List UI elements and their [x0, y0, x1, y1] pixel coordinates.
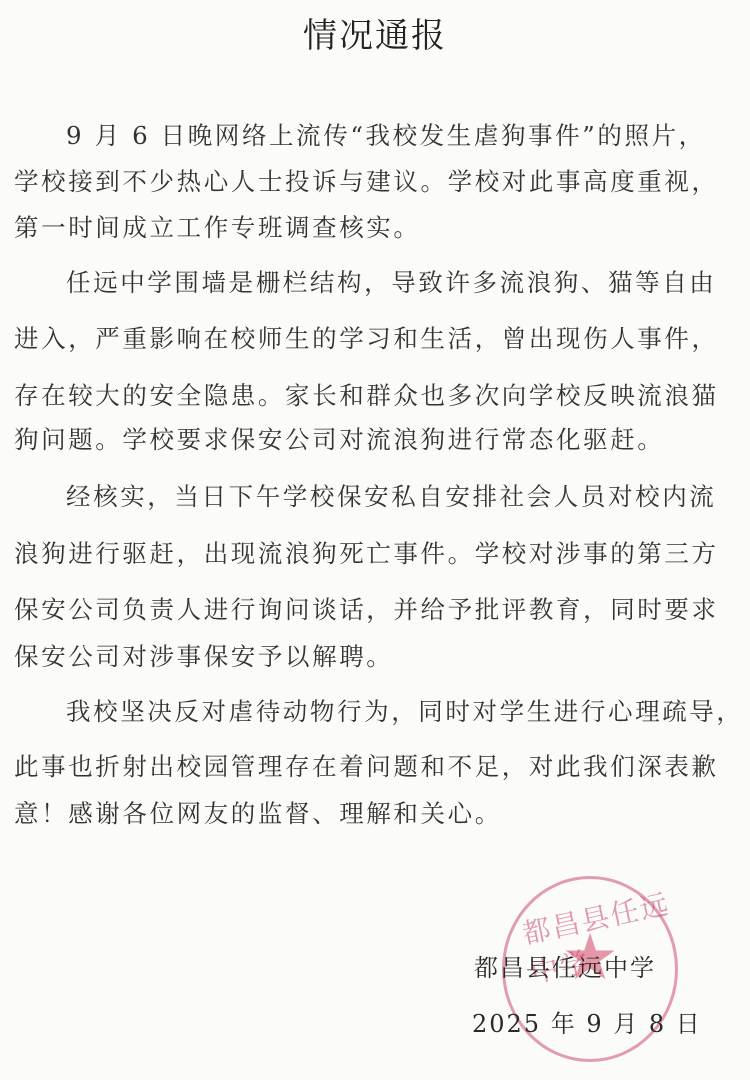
paragraph-3-line-2: 浪狗进行驱赶，出现流浪狗死亡事件。学校对涉事的第三方	[14, 535, 744, 570]
paragraph-4-line-1: 我校坚决反对虐待动物行为，同时对学生进行心理疏导，	[66, 693, 750, 728]
paragraph-2-line-2: 进入，严重影响在校师生的学习和生活，曾出现伤人事件，	[14, 320, 744, 355]
paragraph-3-line-3: 保安公司负责人进行询问谈话，并给予批评教育，同时要求	[14, 591, 744, 626]
paragraph-4-line-2: 此事也折射出校园管理存在着问题和不足，对此我们深表歉	[14, 748, 744, 783]
paragraph-3-line-4: 保安公司对涉事保安予以解聘。	[14, 638, 744, 673]
paragraph-2-line-3: 存在较大的安全隐患。家长和群众也多次向学校反映流浪猫	[14, 377, 744, 412]
signature-organization: 都昌县任远中学	[474, 948, 656, 983]
page-title: 情况通报	[0, 8, 750, 57]
signature-date: 2025 年 9 月 8 日	[472, 1004, 702, 1039]
paragraph-2-line-4: 狗问题。学校要求保安公司对流浪狗进行常态化驱赶。	[14, 421, 744, 456]
paragraph-2-line-1: 任远中学围墙是栅栏结构，导致许多流浪狗、猫等自由	[66, 264, 750, 299]
paragraph-1-line-1: 9 月 6 日晚网络上流传“我校发生虐狗事件”的照片，	[66, 117, 750, 152]
paragraph-4-line-3: 意！感谢各位网友的监督、理解和关心。	[14, 795, 744, 830]
paragraph-3-line-1: 经核实，当日下午学校保安私自安排社会人员对校内流	[66, 478, 750, 513]
paragraph-1-line-2: 学校接到不少热心人士投诉与建议。学校对此事高度重视，	[14, 163, 744, 198]
paragraph-1-line-3: 第一时间成立工作专班调查核实。	[14, 209, 744, 244]
